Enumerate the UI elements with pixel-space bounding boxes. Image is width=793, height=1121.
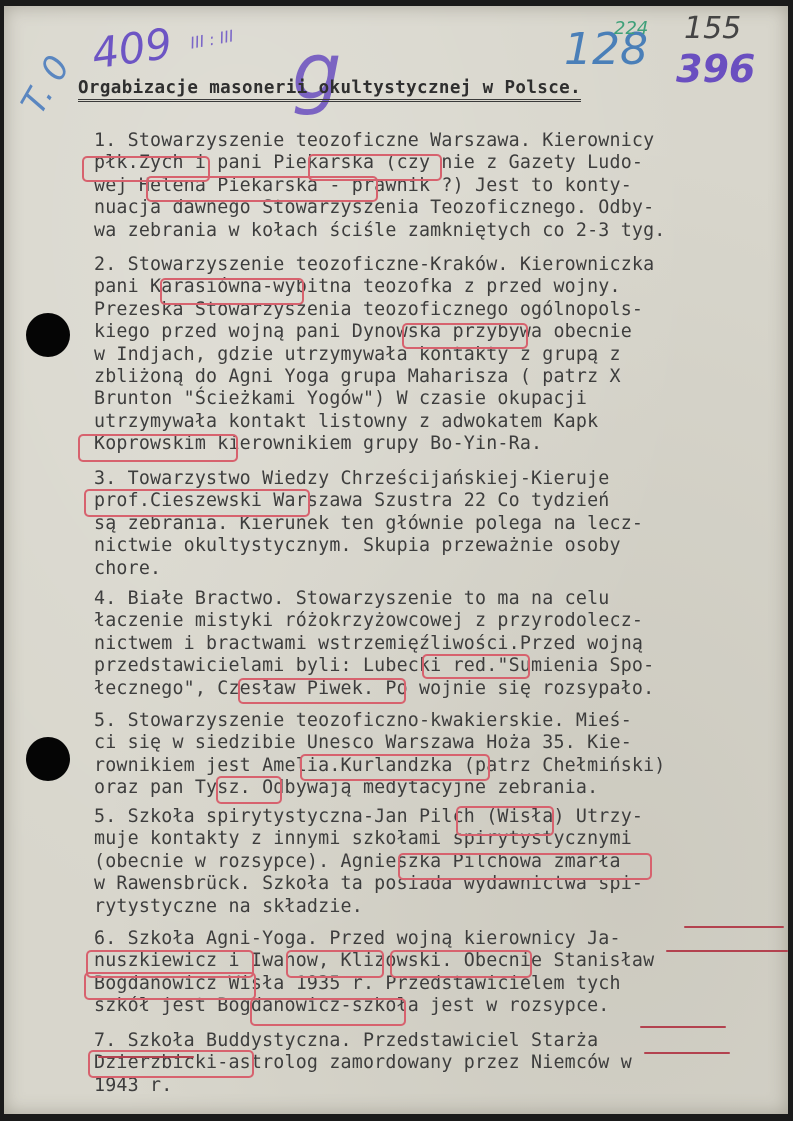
highlight-tysz	[216, 776, 282, 804]
highlight-dynowska	[402, 323, 528, 349]
text-line: 4. Białe Bractwo. Stowarzyszenie to ma n…	[94, 588, 793, 610]
highlight-klizowski	[390, 950, 532, 978]
text-line: 1943 r.	[94, 1075, 793, 1097]
text-line: zbliżoną do Agni Yoga grupa Maharisza ( …	[94, 366, 793, 388]
highlight-pilch	[456, 806, 554, 836]
highlight-bogdanowicz-2	[250, 998, 406, 1026]
text-line: 3. Towarzystwo Wiedzy Chrześcijańskiej-K…	[94, 468, 793, 490]
highlight-kurlandzka	[300, 754, 490, 781]
text-line: Brunton "Ścieżkami Yogów") W czasie okup…	[94, 388, 793, 410]
annotation-green-number: 224	[614, 20, 648, 38]
highlight-cieszewski	[84, 489, 310, 517]
highlight-lubecki	[422, 654, 530, 679]
text-line: 2. Stowarzyszenie teozoficzne-Kraków. Ki…	[94, 254, 793, 276]
highlight-dzierzbicki	[88, 1050, 254, 1078]
highlight-iwanow	[286, 950, 384, 978]
highlight-karasiowna	[160, 278, 304, 305]
text-line: nictwie okultystycznym. Skupia przeważni…	[94, 535, 793, 557]
text-line: wa zebrania w kołach ściśle zamkniętych …	[94, 220, 793, 242]
punch-hole-bottom	[26, 737, 70, 781]
annotation-violet-number: 409	[89, 23, 174, 76]
text-line: łaczenie mistyki różokrzyżowcowej z przy…	[94, 610, 793, 632]
underline-stanislaw	[666, 950, 788, 952]
text-line: łecznego", Czesław Piwek. Po wojnie się …	[94, 678, 793, 700]
text-line: nictwem i bractwami wstrzemięźliwości.Pr…	[94, 633, 793, 655]
underline-januszkiewicz	[684, 926, 784, 928]
document-title: Orgabizacje masonerii okultystycznej w P…	[78, 78, 581, 102]
text-line: muje kontakty z innymi szkołami spirytys…	[94, 828, 793, 850]
text-line: 5. Szkoła spirytystyczna-Jan Pilch (Wisł…	[94, 806, 793, 828]
text-line: utrzymywała kontakt listowny z adwokatem…	[94, 411, 793, 433]
text-line: ci się w siedzibie Unesco Warszawa Hoża …	[94, 732, 793, 754]
section-3: 3. Towarzystwo Wiedzy Chrześcijańskiej-K…	[94, 468, 793, 580]
highlight-koprowskim	[78, 434, 238, 462]
annotation-pencil-number: 155	[684, 14, 741, 44]
text-line: 5. Stowarzyszenie teozoficzno-kwakierski…	[94, 710, 793, 732]
highlight-pilchowa	[398, 853, 652, 880]
highlight-bogdanowicz-1	[84, 972, 256, 1000]
document-page: T. 0 409 III : III g 128 224 155 396 Org…	[4, 6, 788, 1114]
text-line: 1. Stowarzyszenie teozoficzne Warszawa. …	[94, 130, 793, 152]
highlight-helena-piekarska	[146, 176, 378, 202]
text-line: 6. Szkoła Agni-Yoga. Przed wojną kierown…	[94, 928, 793, 950]
underline-starza	[640, 1026, 726, 1028]
underline-szkola	[98, 1056, 194, 1058]
text-line: chore.	[94, 558, 793, 580]
underline-starza-2	[644, 1052, 730, 1054]
section-4: 4. Białe Bractwo. Stowarzyszenie to ma n…	[94, 588, 793, 700]
highlight-piwek	[238, 678, 406, 704]
annotation-blue-t0: T. 0	[16, 51, 75, 120]
annotation-violet-folio: 396	[676, 50, 755, 88]
annotation-violet-roman: III : III	[189, 28, 235, 51]
text-line: rytystyczne na składzie.	[94, 896, 793, 918]
punch-hole-top	[26, 313, 70, 357]
